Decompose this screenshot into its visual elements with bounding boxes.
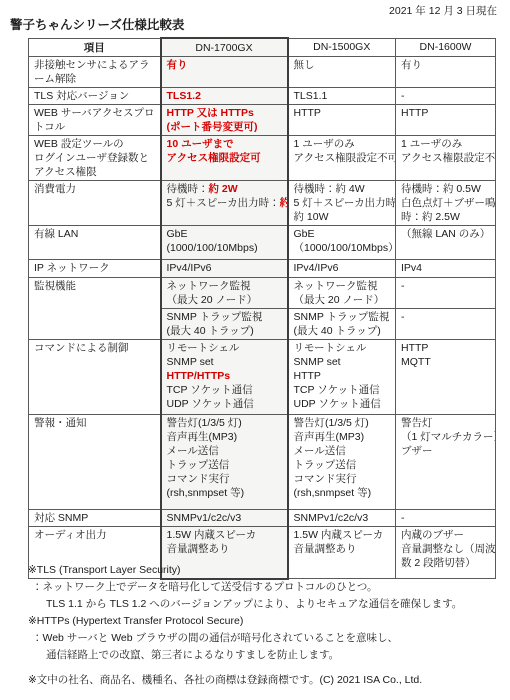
cell-line: (最大 40 トラップ)	[294, 324, 392, 338]
cell-line: 1.5W 内蔵スピーカ	[294, 528, 392, 542]
spec-text: SNMPv1/c2c/v3	[167, 512, 242, 524]
spec-text: SNMP set	[294, 356, 341, 368]
cell-wired-lan-dn1500gx: GbE（1000/100/10Mbps）	[288, 226, 396, 260]
spec-text: HTTP	[294, 370, 321, 382]
spec-text: 無し	[294, 59, 315, 71]
row-label-line: オーディオ出力	[34, 528, 156, 542]
row-label-wired-lan: 有線 LAN	[29, 226, 161, 260]
cell-alarm-release-dn1700gx: 有り	[161, 57, 288, 88]
spec-text: -	[401, 512, 405, 524]
row-label-line: 消費電力	[34, 182, 156, 196]
spec-text: 5 灯＋スピーカ出力時：	[294, 197, 396, 209]
cell-line: TLS1.2	[167, 89, 283, 103]
column-header-dn1600w: DN-1600W	[396, 38, 496, 57]
spec-text: コマンド実行	[167, 473, 230, 485]
cell-monitoring-network-dn1600w: -	[396, 278, 496, 309]
spec-text: 1.5W 内蔵スピーカ	[167, 529, 257, 541]
row-label-alert-notification: 警報・通知	[29, 415, 161, 510]
highlighted-spec-text: 10 ユーザまで	[167, 138, 234, 150]
cell-line: 時：約 2.5W	[401, 210, 491, 224]
spec-text: （無線 LAN のみ）	[401, 228, 490, 240]
spec-text: IPv4/IPv6	[167, 262, 212, 274]
spec-text: HTTP	[294, 107, 321, 119]
row-label-line: 対応 SNMP	[34, 511, 156, 525]
spec-text: 警告灯(1/3/5 灯)	[294, 417, 369, 429]
spec-text: 警告灯	[401, 417, 433, 429]
cell-line: 待機時：約 4W	[294, 182, 392, 196]
spec-text: UDP ソケット通信	[294, 398, 381, 410]
spec-text: GbE	[167, 228, 188, 240]
cell-line: HTTP	[294, 106, 392, 120]
cell-ip-network-dn1600w: IPv4	[396, 260, 496, 278]
table-row-snmp-support: 対応 SNMPSNMPv1/c2c/v3SNMPv1/c2c/v3-	[29, 510, 496, 527]
cell-line: トラップ送信	[167, 458, 283, 472]
spec-text: メール送信	[167, 445, 219, 457]
spec-text: 内蔵のブザー	[401, 529, 464, 541]
cell-line: TCP ソケット通信	[167, 383, 283, 397]
spec-text: 待機時：約 0.5W	[401, 183, 481, 195]
cell-line: アクセス権限設定可	[167, 151, 283, 165]
spec-text: (1000/100/10Mbps)	[167, 242, 258, 254]
spec-text: 待機時：	[167, 183, 209, 195]
cell-line: （1 灯マルチカラー）	[401, 430, 491, 444]
cell-alert-notification-dn1500gx: 警告灯(1/3/5 灯)音声再生(MP3)メール送信トラップ送信コマンド実行(r…	[288, 415, 396, 510]
cell-line: SNMPv1/c2c/v3	[167, 511, 283, 525]
cell-line: SNMPv1/c2c/v3	[294, 511, 392, 525]
table-row-wired-lan: 有線 LANGbE(1000/100/10Mbps)GbE（1000/100/1…	[29, 226, 496, 260]
spec-text: SNMP set	[167, 356, 214, 368]
spec-text: IPv4/IPv6	[294, 262, 339, 274]
row-label-web-config-users: WEB 設定ツールのログインユーザ登録数とアクセス権限	[29, 136, 161, 181]
table-row-command-control: コマンドによる制御リモートシェルSNMP setHTTP/HTTPsTCP ソケ…	[29, 340, 496, 415]
cell-line: 5 灯＋スピーカ出力時：約 8W	[167, 196, 283, 210]
cell-line: GbE	[167, 227, 283, 241]
cell-line: 1 ユーザのみ	[401, 137, 491, 151]
cell-line: （最大 20 ノード）	[167, 293, 283, 307]
cell-line: 警告灯(1/3/5 灯)	[294, 416, 392, 430]
cell-web-server-protocol-dn1600w: HTTP	[396, 105, 496, 136]
cell-alert-notification-dn1600w: 警告灯（1 灯マルチカラー）ブザー	[396, 415, 496, 510]
spec-text: (最大 40 トラップ)	[294, 325, 381, 337]
spec-table-head: 項目DN-1700GXDN-1500GXDN-1600W	[29, 38, 496, 57]
cell-power-consumption-dn1500gx: 待機時：約 4W5 灯＋スピーカ出力時：約 10W	[288, 181, 396, 226]
cell-line: 有り	[167, 58, 283, 72]
spec-text: IPv4	[401, 262, 422, 274]
column-header-dn1700gx: DN-1700GX	[161, 38, 288, 57]
current-date-note: 2021 年 12 月 3 日現在	[389, 3, 497, 18]
spec-text: 約 10W	[294, 211, 329, 223]
spec-text: GbE	[294, 228, 315, 240]
highlighted-spec-text: アクセス権限設定可	[167, 152, 261, 164]
row-label-line: 監視機能	[34, 279, 156, 293]
cell-line: SNMP トラップ監視	[167, 310, 283, 324]
row-label-ip-network: IP ネットワーク	[29, 260, 161, 278]
cell-line: 待機時：約 0.5W	[401, 182, 491, 196]
spec-text: 待機時：約 4W	[294, 183, 365, 195]
spec-text: 音声再生(MP3)	[167, 431, 238, 443]
cell-line: 警告灯(1/3/5 灯)	[167, 416, 283, 430]
cell-line: 音量調整なし（周波	[401, 542, 491, 556]
cell-line: 5 灯＋スピーカ出力時：	[294, 196, 392, 210]
cell-line: 約 10W	[294, 210, 392, 224]
cell-command-control-dn1700gx: リモートシェルSNMP setHTTP/HTTPsTCP ソケット通信UDP ソ…	[161, 340, 288, 415]
footnote-line-7: ※文中の社名、商品名、機種名、各社の商標は登録商標です。(C) 2021 ISA…	[28, 672, 498, 689]
spec-text: (rsh,snmpset 等)	[294, 487, 372, 499]
table-row-web-server-protocol: WEB サーバアクセスプロトコルHTTP 又は HTTPs(ポート番号変更可)H…	[29, 105, 496, 136]
spec-text: 有り	[401, 59, 422, 71]
spec-text: SNMPv1/c2c/v3	[294, 512, 369, 524]
table-row-alarm-release: 非接触センサによるアラーム解除有り無し有り	[29, 57, 496, 88]
cell-alarm-release-dn1600w: 有り	[396, 57, 496, 88]
spec-text: 5 灯＋スピーカ出力時：	[167, 197, 280, 209]
cell-line: (ポート番号変更可)	[167, 120, 283, 134]
table-row-power-consumption: 消費電力待機時：約 2W5 灯＋スピーカ出力時：約 8W待機時：約 4W5 灯＋…	[29, 181, 496, 226]
cell-line: HTTP/HTTPs	[167, 369, 283, 383]
cell-line: IPv4	[401, 261, 491, 275]
cell-command-control-dn1500gx: リモートシェルSNMP setHTTPTCP ソケット通信UDP ソケット通信	[288, 340, 396, 415]
row-label-line: IP ネットワーク	[34, 261, 156, 275]
cell-line: HTTP 又は HTTPs	[167, 106, 283, 120]
cell-power-consumption-dn1700gx: 待機時：約 2W5 灯＋スピーカ出力時：約 8W	[161, 181, 288, 226]
spec-text: トラップ送信	[294, 459, 357, 471]
cell-tls-version-dn1700gx: TLS1.2	[161, 88, 288, 105]
spec-text: 音声再生(MP3)	[294, 431, 365, 443]
spec-text: （1 灯マルチカラー）	[401, 431, 496, 443]
cell-line: ブザー	[401, 444, 491, 458]
cell-line: -	[401, 310, 491, 324]
spec-text: 白色点灯＋ブザー鳴動	[401, 197, 496, 209]
cell-ip-network-dn1500gx: IPv4/IPv6	[288, 260, 396, 278]
cell-line: コマンド実行	[167, 472, 283, 486]
spec-text: -	[401, 280, 405, 292]
cell-line: MQTT	[401, 355, 491, 369]
cell-line: トラップ送信	[294, 458, 392, 472]
cell-line: UDP ソケット通信	[167, 397, 283, 411]
cell-line: コマンド実行	[294, 472, 392, 486]
cell-web-config-users-dn1600w: 1 ユーザのみアクセス権限設定不可	[396, 136, 496, 181]
cell-line: 白色点灯＋ブザー鳴動	[401, 196, 491, 210]
spec-text: リモートシェル	[294, 342, 367, 354]
spec-text: アクセス権限設定不可	[294, 152, 396, 164]
table-row-web-config-users: WEB 設定ツールのログインユーザ登録数とアクセス権限10 ユーザまでアクセス権…	[29, 136, 496, 181]
spec-text: （最大 20 ノード）	[294, 294, 385, 306]
spec-text: コマンド実行	[294, 473, 357, 485]
row-label-line: TLS 対応バージョン	[34, 89, 156, 103]
highlighted-spec-text: HTTP 又は HTTPs	[167, 107, 254, 119]
row-label-power-consumption: 消費電力	[29, 181, 161, 226]
row-label-alarm-release: 非接触センサによるアラーム解除	[29, 57, 161, 88]
cell-snmp-support-dn1700gx: SNMPv1/c2c/v3	[161, 510, 288, 527]
spec-text: 1 ユーザのみ	[401, 138, 462, 150]
cell-line: TCP ソケット通信	[294, 383, 392, 397]
row-label-line: WEB サーバアクセスプロトコル	[34, 106, 156, 134]
cell-line: IPv4/IPv6	[167, 261, 283, 275]
cell-line: リモートシェル	[294, 341, 392, 355]
cell-line: TLS1.1	[294, 89, 392, 103]
cell-line: 音声再生(MP3)	[294, 430, 392, 444]
cell-line: HTTP	[401, 341, 491, 355]
spec-text: 時：約 2.5W	[401, 211, 460, 223]
cell-tls-version-dn1600w: -	[396, 88, 496, 105]
cell-line: アクセス権限設定不可	[294, 151, 392, 165]
cell-line: SNMP トラップ監視	[294, 310, 392, 324]
cell-line: -	[401, 511, 491, 525]
footnotes: ※TLS (Transport Layer Security)：ネットワーク上で…	[28, 562, 498, 689]
cell-line: メール送信	[294, 444, 392, 458]
row-label-snmp-support: 対応 SNMP	[29, 510, 161, 527]
spec-text: (最大 40 トラップ)	[167, 325, 254, 337]
cell-alert-notification-dn1700gx: 警告灯(1/3/5 灯)音声再生(MP3)メール送信トラップ送信コマンド実行(r…	[161, 415, 288, 510]
cell-web-config-users-dn1500gx: 1 ユーザのみアクセス権限設定不可	[288, 136, 396, 181]
cell-web-server-protocol-dn1500gx: HTTP	[288, 105, 396, 136]
cell-line: メール送信	[167, 444, 283, 458]
highlighted-spec-text: 約 8W	[280, 197, 288, 209]
footnote-line-6: 通信経路上での改竄、第三者によるなりすましを防止します。	[46, 647, 498, 664]
spec-text: メール送信	[294, 445, 346, 457]
cell-line: リモートシェル	[167, 341, 283, 355]
cell-line: SNMP set	[167, 355, 283, 369]
spec-table: 項目DN-1700GXDN-1500GXDN-1600W 非接触センサによるアラ…	[28, 37, 496, 580]
table-row-monitoring-network: 監視機能ネットワーク監視（最大 20 ノード）ネットワーク監視（最大 20 ノー…	[29, 278, 496, 309]
row-label-line: ログインユーザ登録数とアクセス権限	[34, 151, 156, 179]
highlighted-spec-text: HTTP/HTTPs	[167, 370, 231, 382]
cell-monitoring-network-dn1700gx: ネットワーク監視（最大 20 ノード）	[161, 278, 288, 309]
cell-snmp-support-dn1600w: -	[396, 510, 496, 527]
cell-line: (rsh,snmpset 等)	[294, 486, 392, 500]
cell-alarm-release-dn1500gx: 無し	[288, 57, 396, 88]
spec-text: (rsh,snmpset 等)	[167, 487, 245, 499]
spec-text: UDP ソケット通信	[167, 398, 254, 410]
spec-text: TCP ソケット通信	[294, 384, 380, 396]
cell-line: ネットワーク監視	[294, 279, 392, 293]
cell-line: 音声再生(MP3)	[167, 430, 283, 444]
cell-line: 有り	[401, 58, 491, 72]
cell-line: 内蔵のブザー	[401, 528, 491, 542]
spec-text: ネットワーク監視	[167, 280, 251, 292]
spec-text: （最大 20 ノード）	[167, 294, 258, 306]
footnote-line-1: ※TLS (Transport Layer Security)	[28, 562, 498, 579]
cell-line: 1 ユーザのみ	[294, 137, 392, 151]
cell-line: アクセス権限設定不可	[401, 151, 491, 165]
highlighted-spec-text: 約 2W	[209, 183, 238, 195]
cell-power-consumption-dn1600w: 待機時：約 0.5W白色点灯＋ブザー鳴動時：約 2.5W	[396, 181, 496, 226]
cell-line: （無線 LAN のみ）	[401, 227, 491, 241]
column-header-item: 項目	[29, 38, 161, 57]
cell-tls-version-dn1500gx: TLS1.1	[288, 88, 396, 105]
spec-text: HTTP	[401, 342, 428, 354]
highlighted-spec-text: 有り	[167, 59, 188, 71]
spec-text: HTTP	[401, 107, 428, 119]
cell-line: （最大 20 ノード）	[294, 293, 392, 307]
footnote-line-5: ：Web サーバと Web ブラウザの間の通信が暗号化されていることを意味し、	[32, 630, 498, 647]
cell-monitoring-network-dn1500gx: ネットワーク監視（最大 20 ノード）	[288, 278, 396, 309]
table-row-alert-notification: 警報・通知警告灯(1/3/5 灯)音声再生(MP3)メール送信トラップ送信コマン…	[29, 415, 496, 510]
highlighted-spec-text: (ポート番号変更可)	[167, 121, 258, 133]
cell-line: -	[401, 89, 491, 103]
cell-line: SNMP set	[294, 355, 392, 369]
cell-line: (rsh,snmpset 等)	[167, 486, 283, 500]
footnote-line-3: TLS 1.1 から TLS 1.2 へのバージョンアップにより、よりセキュアな…	[46, 596, 498, 613]
row-label-line: 警報・通知	[34, 416, 156, 430]
cell-wired-lan-dn1700gx: GbE(1000/100/10Mbps)	[161, 226, 288, 260]
table-row-tls-version: TLS 対応バージョンTLS1.2TLS1.1-	[29, 88, 496, 105]
row-label-line: 非接触センサによるアラーム解除	[34, 58, 156, 86]
spec-table-body: 非接触センサによるアラーム解除有り無し有りTLS 対応バージョンTLS1.2TL…	[29, 57, 496, 579]
spec-text: 音量調整あり	[294, 543, 357, 555]
cell-wired-lan-dn1600w: （無線 LAN のみ）	[396, 226, 496, 260]
cell-monitoring-snmp-trap-dn1500gx: SNMP トラップ監視(最大 40 トラップ)	[288, 309, 396, 340]
cell-line: IPv4/IPv6	[294, 261, 392, 275]
spec-text: MQTT	[401, 356, 431, 368]
row-label-command-control: コマンドによる制御	[29, 340, 161, 415]
cell-line: 音量調整あり	[167, 542, 283, 556]
spec-text: 音量調整なし（周波	[401, 543, 496, 555]
cell-ip-network-dn1700gx: IPv4/IPv6	[161, 260, 288, 278]
spec-text: アクセス権限設定不可	[401, 152, 496, 164]
cell-web-server-protocol-dn1700gx: HTTP 又は HTTPs(ポート番号変更可)	[161, 105, 288, 136]
cell-line: （1000/100/10Mbps）	[294, 241, 392, 255]
spec-text: 1.5W 内蔵スピーカ	[294, 529, 384, 541]
cell-line: 待機時：約 2W	[167, 182, 283, 196]
row-label-monitoring-network: 監視機能	[29, 278, 161, 340]
cell-line: GbE	[294, 227, 392, 241]
spec-text: -	[401, 90, 405, 102]
cell-web-config-users-dn1700gx: 10 ユーザまでアクセス権限設定可	[161, 136, 288, 181]
cell-line: 音量調整あり	[294, 542, 392, 556]
spec-text: TCP ソケット通信	[167, 384, 253, 396]
table-header-row: 項目DN-1700GXDN-1500GXDN-1600W	[29, 38, 496, 57]
row-label-line: 有線 LAN	[34, 227, 156, 241]
cell-line: HTTP	[294, 369, 392, 383]
footnote-line-4: ※HTTPs (Hypertext Transfer Protocol Secu…	[28, 613, 498, 630]
cell-line: ネットワーク監視	[167, 279, 283, 293]
spec-text: TLS1.1	[294, 90, 328, 102]
row-label-line: WEB 設定ツールの	[34, 137, 156, 151]
footnote-line-2: ：ネットワーク上でデータを暗号化して送受信するプロトコルのひとつ。	[32, 579, 498, 596]
cell-line: 1.5W 内蔵スピーカ	[167, 528, 283, 542]
cell-line: (1000/100/10Mbps)	[167, 241, 283, 255]
table-row-ip-network: IP ネットワークIPv4/IPv6IPv4/IPv6IPv4	[29, 260, 496, 278]
column-header-dn1500gx: DN-1500GX	[288, 38, 396, 57]
spec-table-container: 項目DN-1700GXDN-1500GXDN-1600W 非接触センサによるアラ…	[28, 37, 496, 580]
cell-monitoring-snmp-trap-dn1600w: -	[396, 309, 496, 340]
row-label-line: コマンドによる制御	[34, 341, 156, 355]
cell-snmp-support-dn1500gx: SNMPv1/c2c/v3	[288, 510, 396, 527]
cell-command-control-dn1600w: HTTPMQTT	[396, 340, 496, 415]
row-label-tls-version: TLS 対応バージョン	[29, 88, 161, 105]
spec-text: 音量調整あり	[167, 543, 230, 555]
spec-text: ブザー	[401, 445, 433, 457]
spec-text: トラップ送信	[167, 459, 230, 471]
cell-line: (最大 40 トラップ)	[167, 324, 283, 338]
spec-text: -	[401, 311, 405, 323]
spec-text: SNMP トラップ監視	[167, 311, 263, 323]
spec-text: SNMP トラップ監視	[294, 311, 390, 323]
cell-line: 10 ユーザまで	[167, 137, 283, 151]
cell-line: -	[401, 279, 491, 293]
cell-line: HTTP	[401, 106, 491, 120]
highlighted-spec-text: TLS1.2	[167, 90, 201, 102]
cell-monitoring-snmp-trap-dn1700gx: SNMP トラップ監視(最大 40 トラップ)	[161, 309, 288, 340]
spec-text: （1000/100/10Mbps）	[294, 242, 396, 254]
cell-line: 警告灯	[401, 416, 491, 430]
row-label-web-server-protocol: WEB サーバアクセスプロトコル	[29, 105, 161, 136]
spec-text: リモートシェル	[167, 342, 240, 354]
spec-text: ネットワーク監視	[294, 280, 378, 292]
cell-line: UDP ソケット通信	[294, 397, 392, 411]
page-title: 警子ちゃんシリーズ仕様比較表	[10, 15, 184, 33]
spec-text: 1 ユーザのみ	[294, 138, 355, 150]
cell-line: 無し	[294, 58, 392, 72]
spec-text: 警告灯(1/3/5 灯)	[167, 417, 242, 429]
